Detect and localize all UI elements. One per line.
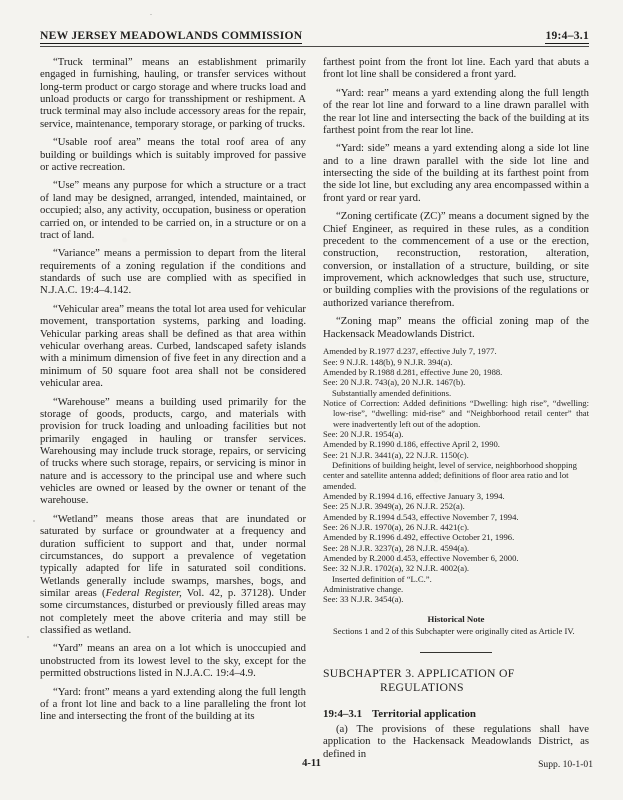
amendment-line: See: 20 N.J.R. 743(a), 20 N.J.R. 1467(b)… xyxy=(323,377,589,387)
amendment-line: Amended by R.1996 d.492, effective Octob… xyxy=(323,532,589,542)
amendment-line: Inserted definition of “L.C.”. xyxy=(323,574,589,584)
section-divider-rule xyxy=(420,652,492,653)
definition-zoning-certificate: “Zoning certificate (ZC)” means a docume… xyxy=(323,210,589,309)
amendment-line: Administrative change. xyxy=(323,584,589,594)
amendment-line: Substantially amended definitions. xyxy=(323,388,589,398)
definition-warehouse: “Warehouse” means a building used primar… xyxy=(40,396,306,507)
amendment-line: See: 25 N.J.R. 3949(a), 26 N.J.R. 252(a)… xyxy=(323,501,589,511)
amendment-line: Definitions of building height, level of… xyxy=(323,460,589,491)
subchapter-heading-line1: SUBCHAPTER 3. APPLICATION OF xyxy=(323,667,589,682)
section-heading: 19:4–3.1Territorial application xyxy=(323,708,589,720)
scan-speck xyxy=(150,14,152,15)
historical-note-title: Historical Note xyxy=(323,614,589,625)
amendment-line: See: 21 N.J.R. 3441(a), 22 N.J.R. 1150(c… xyxy=(323,450,589,460)
definition-wetland: “Wetland” means those areas that are inu… xyxy=(40,513,306,636)
definition-yard-side: “Yard: side” means a yard extending alon… xyxy=(323,142,589,204)
historical-note-text: Sections 1 and 2 of this Subchapter were… xyxy=(323,626,589,637)
federal-register-citation: Federal Register, xyxy=(106,587,182,599)
footer-page-number: 4-11 xyxy=(0,758,623,769)
definition-vehicular-area: “Vehicular area” means the total lot are… xyxy=(40,303,306,389)
two-column-body: “Truck terminal” means an establishment … xyxy=(40,56,589,766)
section-reference: 19:4–3.1 xyxy=(545,29,589,44)
section-body-text: (a) The provisions of these regulations … xyxy=(323,723,589,760)
scanned-document-page: NEW JERSEY MEADOWLANDS COMMISSION 19:4–3… xyxy=(0,0,623,800)
amendment-line: See: 28 N.J.R. 3237(a), 28 N.J.R. 4594(a… xyxy=(323,543,589,553)
amendment-history: Amended by R.1977 d.237, effective July … xyxy=(323,346,589,605)
amendment-line: Amended by R.2000 d.453, effective Novem… xyxy=(323,553,589,563)
commission-title: NEW JERSEY MEADOWLANDS COMMISSION xyxy=(40,29,302,44)
scan-speck xyxy=(27,636,29,638)
definition-variance: “Variance” means a permission to depart … xyxy=(40,247,306,296)
amendment-line: Notice of Correction: Added definitions … xyxy=(323,398,589,429)
definition-yard-rear: “Yard: rear” means a yard extending alon… xyxy=(323,87,589,136)
amendment-line: See: 9 N.J.R. 148(b), 9 N.J.R. 394(a). xyxy=(323,357,589,367)
left-column: “Truck terminal” means an establishment … xyxy=(40,56,306,766)
section-number: 19:4–3.1 xyxy=(323,708,362,720)
definition-zoning-map: “Zoning map” means the official zoning m… xyxy=(323,315,589,340)
subchapter-heading-line2: REGULATIONS xyxy=(323,681,589,696)
right-column: farthest point from the front lot line. … xyxy=(323,56,589,766)
scan-speck xyxy=(33,520,35,522)
definition-usable-roof-area: “Usable roof area” means the total roof … xyxy=(40,136,306,173)
historical-note: Historical Note Sections 1 and 2 of this… xyxy=(323,614,589,637)
amendment-line: See: 26 N.J.R. 1970(a), 26 N.J.R. 4421(c… xyxy=(323,522,589,532)
section-title: Territorial application xyxy=(372,708,476,720)
page-header: NEW JERSEY MEADOWLANDS COMMISSION 19:4–3… xyxy=(40,29,589,47)
amendment-line: Amended by R.1977 d.237, effective July … xyxy=(323,346,589,356)
amendment-line: Amended by R.1994 d.543, effective Novem… xyxy=(323,512,589,522)
definition-yard: “Yard” means an area on a lot which is u… xyxy=(40,642,306,679)
amendment-line: Amended by R.1988 d.281, effective June … xyxy=(323,367,589,377)
subchapter-heading: SUBCHAPTER 3. APPLICATION OF REGULATIONS xyxy=(323,667,589,696)
amendment-line: See: 32 N.J.R. 1702(a), 32 N.J.R. 4002(a… xyxy=(323,563,589,573)
footer-supplement-date: Supp. 10-1-01 xyxy=(538,759,593,770)
amendment-line: Amended by R.1990 d.186, effective April… xyxy=(323,439,589,449)
definition-use: “Use” means any purpose for which a stru… xyxy=(40,179,306,241)
amendment-line: See: 33 N.J.R. 3454(a). xyxy=(323,594,589,604)
definition-yard-front-continuation: farthest point from the front lot line. … xyxy=(323,56,589,81)
amendment-line: See: 20 N.J.R. 1954(a). xyxy=(323,429,589,439)
definition-truck-terminal: “Truck terminal” means an establishment … xyxy=(40,56,306,130)
amendment-line: Amended by R.1994 d.16, effective Januar… xyxy=(323,491,589,501)
definition-yard-front: “Yard: front” means a yard extending alo… xyxy=(40,686,306,723)
